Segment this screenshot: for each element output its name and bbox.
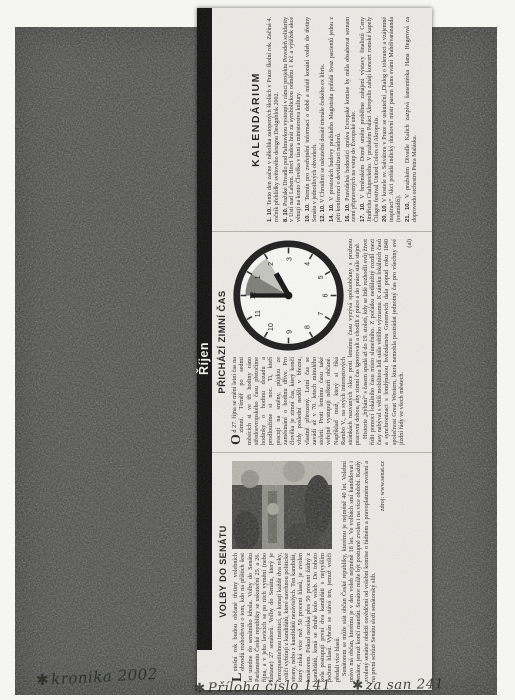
volby-headline: VOLBY DO SENÁTU — [218, 461, 228, 682]
calendar-entry: 12. 10. V Chrudimi se uskuteční desáté t… — [320, 17, 327, 222]
svg-text:8: 8 — [304, 325, 312, 329]
scanned-scrapbook-page: { "clipping": { "section_bar": { "title"… — [0, 0, 515, 700]
kalendarium-headline: KALENDÁRIUM — [250, 17, 262, 222]
svg-text:9: 9 — [285, 330, 293, 334]
svg-text:2: 2 — [267, 262, 275, 266]
handwritten-note-reference: ✱za san 241 — [352, 676, 444, 694]
calendar-entry: 1. 10. Tento den začne v několika zatope… — [267, 17, 281, 222]
zimni-body: 12 1 2 3 4 5 6 7 8 9 10 11 — [231, 239, 405, 445]
volby-source: zdroj: www.senat.cz — [379, 461, 386, 682]
zimni-paragraph-2: Historie „hýbání“ s časem spadá až do 19… — [362, 239, 406, 445]
svg-text:6: 6 — [322, 294, 330, 298]
clipping-columns: VOLBY DO SENÁTU — [212, 8, 432, 690]
svg-text:1: 1 — [254, 275, 262, 279]
newspaper-clipping-rotated: Říjen VOLBY DO SENÁTU — [197, 8, 432, 690]
volby-body: Letošní rok budou občané třetiny volební… — [232, 461, 377, 682]
svg-text:3: 3 — [285, 257, 293, 261]
svg-text:11: 11 — [254, 310, 262, 317]
calendar-entry: 8. 10. Pražské Divadlo pod Palmovkou vys… — [283, 17, 304, 222]
zimni-byline: (al) — [406, 239, 413, 445]
zimni-dropcap: O — [231, 433, 243, 445]
star-mark-icon: ✱ — [352, 678, 366, 694]
volby-paragraph-1: etošní rok budou občané třetiny volebníc… — [232, 553, 341, 682]
clock-illustration: 12 1 2 3 4 5 6 7 8 9 10 11 — [232, 239, 345, 352]
article-kalendarium: KALENDÁRIUM 1. 10. Tento den začne v něk… — [212, 8, 432, 231]
article-volby-do-senatu: VOLBY DO SENÁTU — [212, 452, 432, 690]
calendar-entry: 14. 10. V prostorách budovy pražského Ma… — [329, 17, 343, 222]
statue-photo — [232, 461, 332, 549]
volby-paragraph-2: Senátorem se může stát občan České repub… — [341, 461, 377, 682]
calendar-entry: 10. 10. Termín pro zveřejnění informací … — [305, 17, 319, 222]
calendar-entry: 21. 10. V pražském Divadle Kalich zazpív… — [405, 17, 419, 222]
newspaper-clipping: Říjen VOLBY DO SENÁTU — [197, 8, 432, 690]
svg-text:4: 4 — [304, 262, 312, 266]
zimni-headline: PŘICHÁZÍ ZIMNÍ ČAS — [217, 239, 228, 445]
calendar-entry: 20. 10. V kostele sv. Salvátora v Praze … — [382, 17, 403, 222]
section-title-bar: Říjen — [197, 8, 212, 650]
svg-text:5: 5 — [317, 275, 325, 279]
svg-text:7: 7 — [317, 312, 325, 316]
article-zimni-cas: PŘICHÁZÍ ZIMNÍ ČAS 12 1 2 3 — [212, 231, 432, 452]
star-mark-icon: ✱ — [194, 680, 208, 696]
month-title: Říjen — [197, 342, 212, 375]
calendar-entry: 17. 10. V brněnském Domě umění proběhne … — [360, 17, 381, 222]
calendar-entry: 16. 10. Pravidelná hodnotící zpráva Evro… — [345, 17, 359, 222]
svg-text:10: 10 — [267, 323, 275, 331]
kalendarium-entries: 1. 10. Tento den začne v několika zatope… — [267, 17, 419, 222]
star-mark-icon: ✱ — [36, 670, 52, 689]
